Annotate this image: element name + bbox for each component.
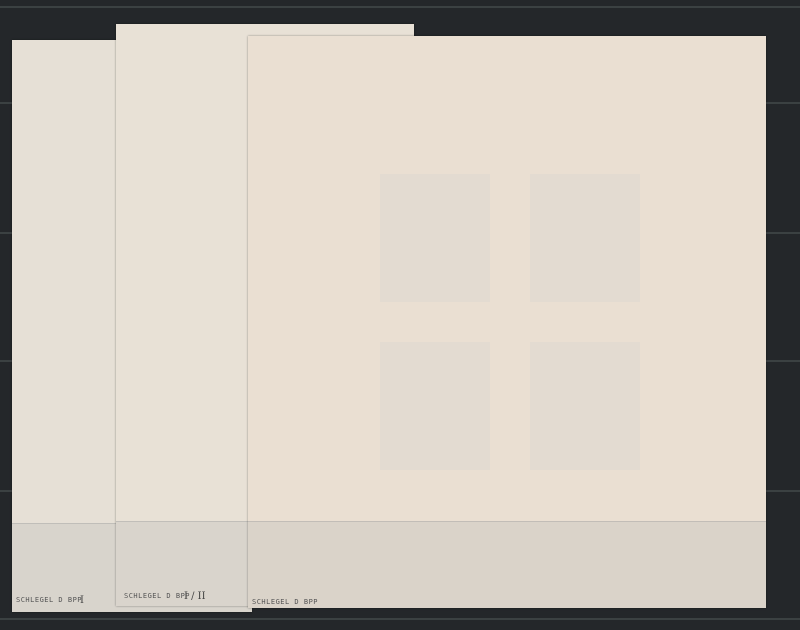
expert-mark: SCHLEGEL D BPP: [252, 598, 318, 606]
stamp-ghost: [380, 342, 490, 470]
mount-strip: [248, 521, 766, 608]
stamp-ghost: [530, 174, 640, 302]
expert-mark: SCHLEGEL D BPP: [16, 596, 82, 604]
stamp-ghost: [530, 342, 640, 470]
type-mark: I: [80, 595, 84, 606]
type-mark: I / II: [184, 591, 206, 602]
expert-mark: SCHLEGEL D BPP: [124, 592, 190, 600]
stock-strip: [0, 6, 800, 8]
stamp-ghost: [380, 174, 490, 302]
souvenir-sheet-right: SCHLEGEL D BPP: [248, 36, 766, 608]
stock-strip: [0, 618, 800, 620]
